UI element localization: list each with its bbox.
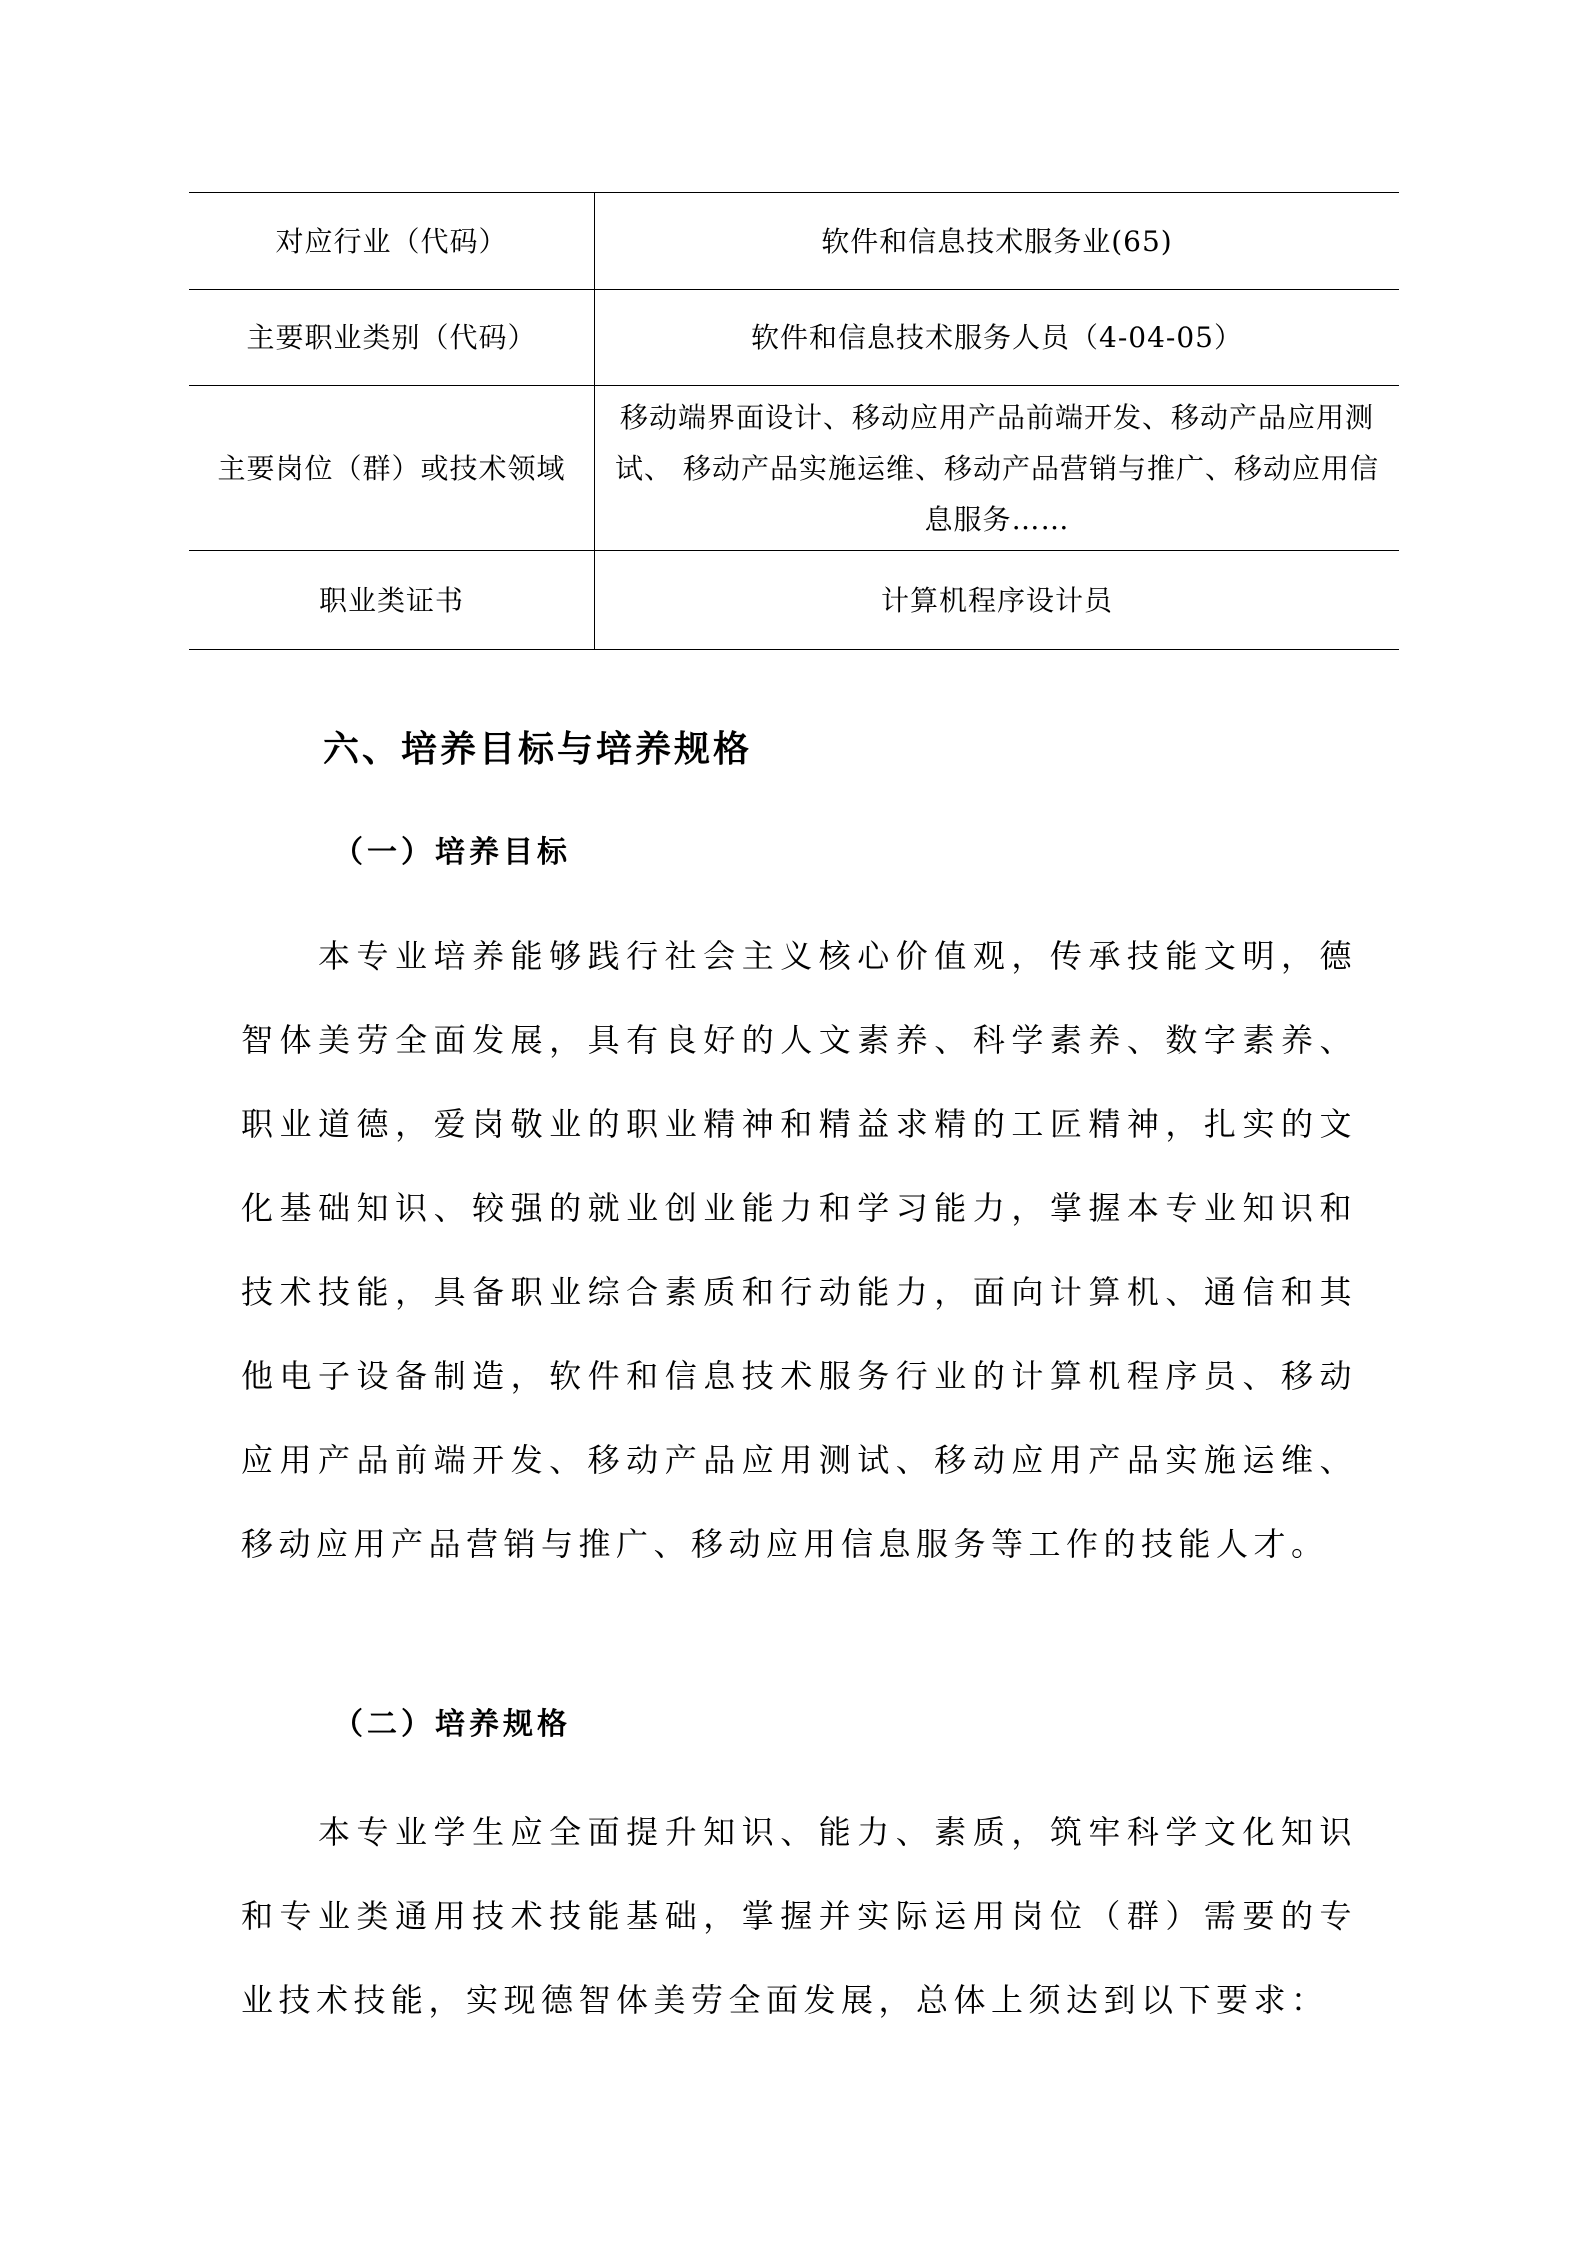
table-label-cell: 对应行业（代码）: [189, 193, 595, 290]
table-row-occupation-category: 主要职业类别（代码） 软件和信息技术服务人员（4-04-05）: [189, 290, 1399, 386]
table-label-cell: 主要岗位（群）或技术领域: [189, 386, 595, 551]
table-row-industry: 对应行业（代码） 软件和信息技术服务业(65): [189, 193, 1399, 290]
table-value-cell: 软件和信息技术服务人员（4-04-05）: [595, 290, 1400, 386]
training-goal-paragraph: 本专业培养能够践行社会主义核心价值观，传承技能文明，德智体美劳全面发展，具有良好…: [241, 914, 1357, 1586]
section-heading: 六、培养目标与培养规格: [323, 728, 752, 772]
subsection-heading-training-goal: （一）培养目标: [333, 833, 571, 873]
subsection-heading-training-spec: （二）培养规格: [333, 1705, 571, 1745]
table-value-cell: 计算机程序设计员: [595, 551, 1400, 650]
career-info-table: 对应行业（代码） 软件和信息技术服务业(65) 主要职业类别（代码） 软件和信息…: [189, 192, 1399, 650]
table-value-cell: 移动端界面设计、移动应用产品前端开发、移动产品应用测试、 移动产品实施运维、移动…: [595, 386, 1400, 551]
table-label-cell: 主要职业类别（代码）: [189, 290, 595, 386]
table-row-positions: 主要岗位（群）或技术领域 移动端界面设计、移动应用产品前端开发、移动产品应用测试…: [189, 386, 1399, 551]
table-value-cell: 软件和信息技术服务业(65): [595, 193, 1400, 290]
training-spec-paragraph: 本专业学生应全面提升知识、能力、素质，筑牢科学文化知识和专业类通用技术技能基础，…: [241, 1790, 1357, 2042]
table-label-cell: 职业类证书: [189, 551, 595, 650]
table-row-certificates: 职业类证书 计算机程序设计员: [189, 551, 1399, 650]
